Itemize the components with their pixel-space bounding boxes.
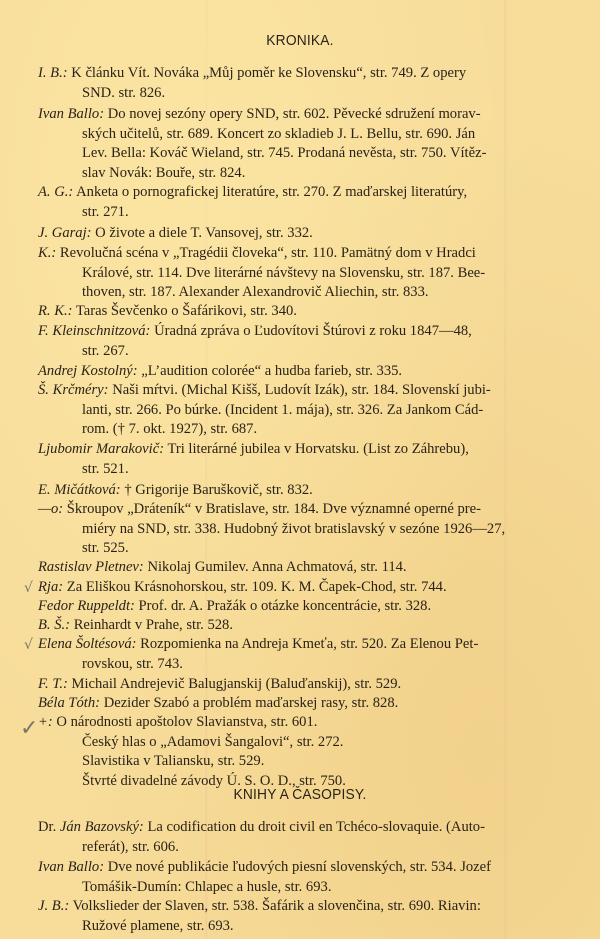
entry-text: miéry na SND, str. 338. Hudobný život br… <box>38 520 578 540</box>
index-entry: —o: Škroupov „Dráteník“ v Bratislave, st… <box>38 500 578 559</box>
entry-text: thoven, str. 187. Alexander Alexandrovič… <box>38 283 578 303</box>
index-entry: Elena Šoltésová: Rozpomienka na Andreja … <box>38 635 578 674</box>
entry-author: Rastislav Pletnev: <box>38 559 144 575</box>
entry-text: O živote a diele T. Vansovej, str. 332. <box>95 225 313 241</box>
entry-text: † Grigorije Baruškovič, str. 832. <box>124 482 312 498</box>
index-entry: Béla Tóth: Dezider Szabó a problém maďar… <box>38 694 578 714</box>
entry-text: Český hlas o „Adamovi Šangalovi“, str. 2… <box>38 733 578 753</box>
entry-text: referát), str. 606. <box>38 838 578 858</box>
index-entry: Fedor Ruppeldt: Prof. dr. A. Pražák o ot… <box>38 597 578 617</box>
entry-text: Naši mŕtvi. (Michal Kišš, Ludovít Izák),… <box>112 382 491 398</box>
entry-text: lanti, str. 266. Po búrke. (Incident 1. … <box>38 401 578 421</box>
index-entry: Š. Krčméry: Naši mŕtvi. (Michal Kišš, Lu… <box>38 381 578 440</box>
index-entry: E. Mičátková: † Grigorije Baruškovič, st… <box>38 481 578 501</box>
index-entry: +: O národnosti apoštolov Slavianstva, s… <box>38 713 578 791</box>
entry-author: Fedor Ruppeldt: <box>38 598 135 614</box>
entry-text: Tri literárné jubilea v Horvatsku. (List… <box>167 441 468 457</box>
entry-author: +: <box>38 714 53 730</box>
index-entry: K.: Revolučná scéna v „Tragédii človeka“… <box>38 244 578 303</box>
entry-text: Reinhardt v Prahe, str. 528. <box>74 617 233 633</box>
entry-text: rovskou, str. 743. <box>38 655 578 675</box>
entry-author: R. K.: <box>38 303 72 319</box>
section-title-knihy-a-casopisy: KNIHY A ČASOPISY. <box>24 786 576 803</box>
entry-author: I. B.: <box>38 65 68 81</box>
entry-author: Rja: <box>38 579 63 595</box>
entry-text: Michail Andrejevič Balugjanskij (Baluďan… <box>72 676 402 692</box>
entry-author: A. G.: <box>38 184 73 200</box>
index-entry: F. Kleinschnitzová: Úradná zpráva o Ľudo… <box>38 322 578 361</box>
index-entry: F. T.: Michail Andrejevič Balugjanskij (… <box>38 675 578 695</box>
entry-text: Anketa o pornografickej literatúre, str.… <box>76 184 467 200</box>
index-entry: Rastislav Pletnev: Nikolaj Gumilev. Anna… <box>38 558 578 578</box>
entry-text: str. 271. <box>38 203 578 223</box>
entry-prefix: Dr. <box>38 819 56 835</box>
entry-text: SND. str. 826. <box>38 84 578 104</box>
entry-text: La codification du droit civil en Tchéco… <box>147 819 485 835</box>
entry-text: rom. († 7. okt. 1927), str. 687. <box>38 420 578 440</box>
index-entry: Ivan Ballo: Dve nové publikácie ľudových… <box>38 858 578 897</box>
entry-text: Králové, str. 114. Dve literárné návštev… <box>38 264 578 284</box>
entry-text: str. 267. <box>38 342 578 362</box>
index-entry: A. G.: Anketa o pornografickej literatúr… <box>38 183 578 222</box>
entry-text: Taras Ševčenko o Šafárikovi, str. 340. <box>76 303 297 319</box>
pencil-check-mark: √ <box>24 637 33 653</box>
index-entry: R. K.: Taras Ševčenko o Šafárikovi, str.… <box>38 302 578 322</box>
entry-text: Do novej sezóny opery SND, str. 602. Pěv… <box>108 106 481 122</box>
index-entry: I. B.: K článku Vít. Nováka „Můj poměr k… <box>38 64 578 103</box>
entry-text: Tomášik-Dumín: Chlapec a husle, str. 693… <box>38 878 578 898</box>
entry-text: Ružové plamene, str. 693. <box>38 917 578 937</box>
entry-author: J. B.: <box>38 898 69 914</box>
entry-author: Elena Šoltésová: <box>38 636 136 652</box>
pencil-check-mark: ✓ <box>20 716 38 741</box>
entry-author: Ján Bazovský: <box>60 819 144 835</box>
document-page: KRONIKA. I. B.: K článku Vít. Nováka „Mů… <box>0 0 600 939</box>
entry-text: Revolučná scéna v „Tragédii človeka“, st… <box>60 245 476 261</box>
entry-text: Dve nové publikácie ľudových piesní slov… <box>108 859 491 875</box>
entry-author: E. Mičátková: <box>38 482 121 498</box>
entry-text: Nikolaj Gumilev. Anna Achmatová, str. 11… <box>147 559 406 575</box>
entry-text: „L’audition colorée“ a hudba farieb, str… <box>141 363 402 379</box>
entry-author: F. Kleinschnitzová: <box>38 323 150 339</box>
index-entry: J. Garaj: O živote a diele T. Vansovej, … <box>38 224 578 244</box>
entry-author: Ivan Ballo: <box>38 859 104 875</box>
entry-text: Úradná zpráva o Ľudovítovi Štúrovi z rok… <box>154 323 472 339</box>
index-entry: Dr. Ján Bazovský: La codification du dro… <box>38 818 578 857</box>
entry-text: Slavistika v Taliansku, str. 529. <box>38 752 578 772</box>
pencil-check-mark: √ <box>24 580 33 596</box>
entry-text: ských učitelů, str. 689. Koncert zo skla… <box>38 125 578 145</box>
entry-author: Š. Krčméry: <box>38 382 109 398</box>
entry-text: O národnosti apoštolov Slavianstva, str.… <box>56 714 317 730</box>
entry-author: K.: <box>38 245 56 261</box>
entry-author: Béla Tóth: <box>38 695 100 711</box>
entry-author: —o: <box>38 501 63 517</box>
index-entry: J. B.: Volkslieder der Slaven, str. 538.… <box>38 897 578 936</box>
entry-text: Prof. dr. A. Pražák o otázke koncentráci… <box>139 598 432 614</box>
entry-author: Ljubomir Marakovič: <box>38 441 164 457</box>
entry-author: B. Š.: <box>38 617 70 633</box>
entry-text: Rozpomienka na Andreja Kmeťa, str. 520. … <box>140 636 478 652</box>
entry-text: Škroupov „Dráteník“ v Bratislave, str. 1… <box>67 501 481 517</box>
entry-text: Dezider Szabó a problém maďarskej rasy, … <box>104 695 399 711</box>
entry-text: str. 521. <box>38 460 578 480</box>
index-entry: Ivan Ballo: Do novej sezóny opery SND, s… <box>38 105 578 183</box>
entry-author: Andrej Kostolný: <box>38 363 138 379</box>
index-entry: Ljubomir Marakovič: Tri literárné jubile… <box>38 440 578 479</box>
index-entry: Rja: Za Eliškou Krásnohorskou, str. 109.… <box>38 578 578 598</box>
entry-author: Ivan Ballo: <box>38 106 104 122</box>
index-entry: B. Š.: Reinhardt v Prahe, str. 528. <box>38 616 578 636</box>
entry-text: Za Eliškou Krásnohorskou, str. 109. K. M… <box>67 579 447 595</box>
entry-text: Volkslieder der Slaven, str. 538. Šafári… <box>73 898 481 914</box>
index-entry: Andrej Kostolný: „L’audition colorée“ a … <box>38 362 578 382</box>
entry-text: Lev. Bella: Kováč Wieland, str. 745. Pro… <box>38 144 578 164</box>
entry-text: slav Novák: Bouře, str. 824. <box>38 164 578 184</box>
entry-text: K článku Vít. Nováka „Můj poměr ke Slove… <box>71 65 466 81</box>
entry-author: F. T.: <box>38 676 68 692</box>
section-title-kronika: KRONIKA. <box>24 32 576 49</box>
entry-text: str. 525. <box>38 539 578 559</box>
entry-author: J. Garaj: <box>38 225 92 241</box>
